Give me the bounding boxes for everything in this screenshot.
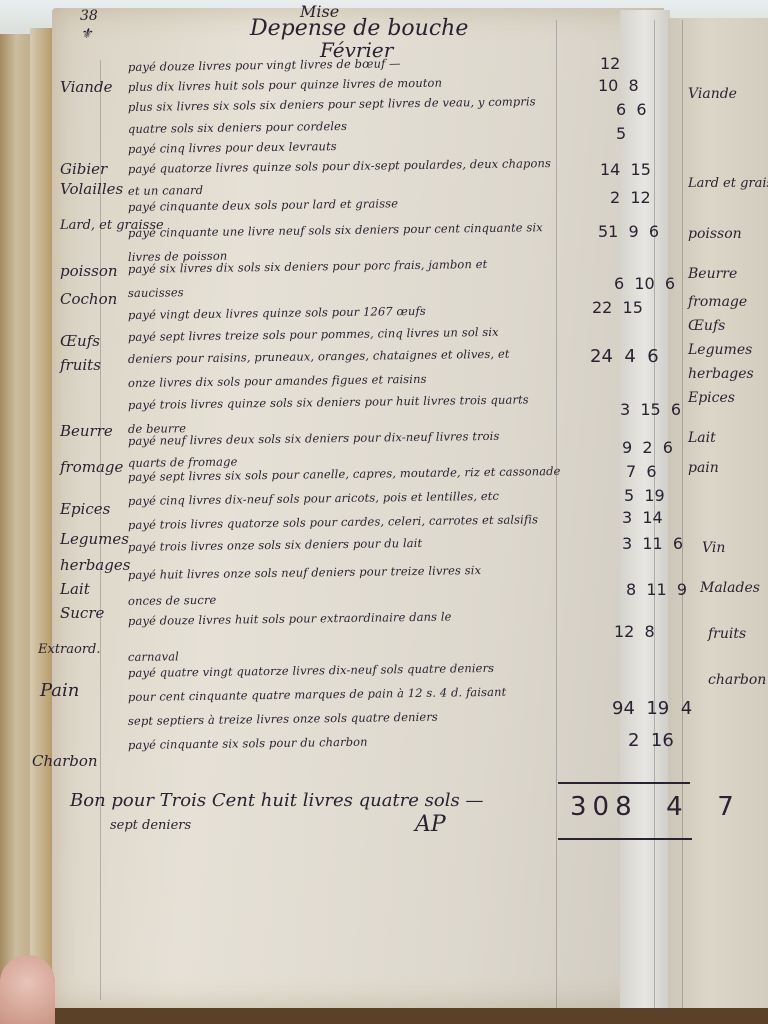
amount: 10 8 [598, 76, 639, 95]
amount: 5 [616, 124, 626, 143]
right-page-label: fruits [708, 626, 746, 642]
entry-line: et un canard [128, 183, 203, 198]
amount: 24 4 6 [590, 346, 659, 367]
category-label: Sucre [60, 604, 104, 622]
amount: 22 15 [592, 298, 643, 317]
amount: 3 14 [622, 508, 663, 527]
amount: 6 10 6 [614, 274, 675, 293]
right-page-label: Lait [688, 430, 716, 446]
category-label: Œufs [60, 332, 100, 350]
category-label: poisson [60, 262, 118, 280]
amount: 2 12 [610, 188, 651, 207]
category-label: fromage [60, 458, 123, 476]
column-rule-livres [556, 20, 557, 1010]
amount: 12 [600, 54, 620, 73]
amount: 3 15 6 [620, 400, 681, 419]
amount: 3 11 6 [622, 534, 683, 553]
right-page-label: Epices [688, 390, 735, 406]
entry-line: onces de sucre [128, 593, 217, 608]
total-amount: 308 4 7 [570, 792, 740, 822]
amount: 6 6 [616, 100, 647, 119]
entry-line: carnaval [128, 649, 179, 664]
category-label: Viande [60, 78, 112, 96]
category-label: Beurre [60, 422, 113, 440]
holding-thumb [0, 955, 55, 1024]
right-page-label: Vin [702, 540, 725, 556]
amount: 51 9 6 [598, 222, 659, 241]
amount: 94 19 4 [612, 698, 692, 719]
amount: 14 15 [600, 160, 651, 179]
total-statement-cont: sept deniers [110, 818, 191, 833]
sum-rule-top [558, 782, 690, 784]
amount: 5 19 [624, 486, 665, 505]
right-page-label: Beurre [688, 266, 737, 282]
right-page [668, 18, 768, 1018]
right-page-label: Œufs [688, 318, 725, 334]
category-label: Volailles [60, 180, 123, 198]
right-page-label: fromage [688, 294, 747, 310]
right-page-label: herbages [688, 366, 754, 382]
category-label: fruits [60, 356, 101, 374]
total-statement: Bon pour Trois Cent huit livres quatre s… [70, 790, 483, 811]
right-page-label: poisson [688, 226, 742, 242]
amount: 9 2 6 [622, 438, 673, 457]
folio-number: 38 [80, 8, 98, 24]
sum-rule-bottom [558, 838, 692, 840]
right-page-label: Legumes [688, 342, 752, 358]
fleur-de-lis-mark: ⚜ [80, 26, 93, 42]
entry-line: saucisses [128, 285, 184, 300]
column-rule-deniers [682, 20, 683, 1010]
category-label: Cochon [60, 290, 117, 308]
right-page-label: Malades [700, 580, 760, 596]
amount: 12 8 [614, 622, 655, 641]
category-label: Lait [60, 580, 90, 598]
category-label: Extraord. [38, 642, 101, 657]
category-label: Legumes [60, 530, 129, 548]
amount: 8 11 9 [626, 580, 687, 599]
category-label: Gibier [60, 160, 107, 178]
amount: 2 16 [628, 730, 674, 751]
entry-line: payé cinq livres pour deux levrauts [128, 139, 337, 156]
right-page-label: pain [688, 460, 719, 476]
right-page-label: charbon [708, 672, 766, 688]
right-page-label: Viande [688, 86, 737, 102]
entry-line: quarts de fromage [128, 454, 238, 470]
right-page-label: Lard et graisse [688, 176, 768, 191]
category-label: Charbon [32, 752, 98, 770]
category-label: Epices [60, 500, 110, 518]
book-bottom-edge [30, 1008, 768, 1024]
category-label: Pain [40, 680, 79, 701]
category-label: herbages [60, 556, 130, 574]
amount: 7 6 [626, 462, 657, 481]
signature-monogram: AP [415, 812, 446, 837]
